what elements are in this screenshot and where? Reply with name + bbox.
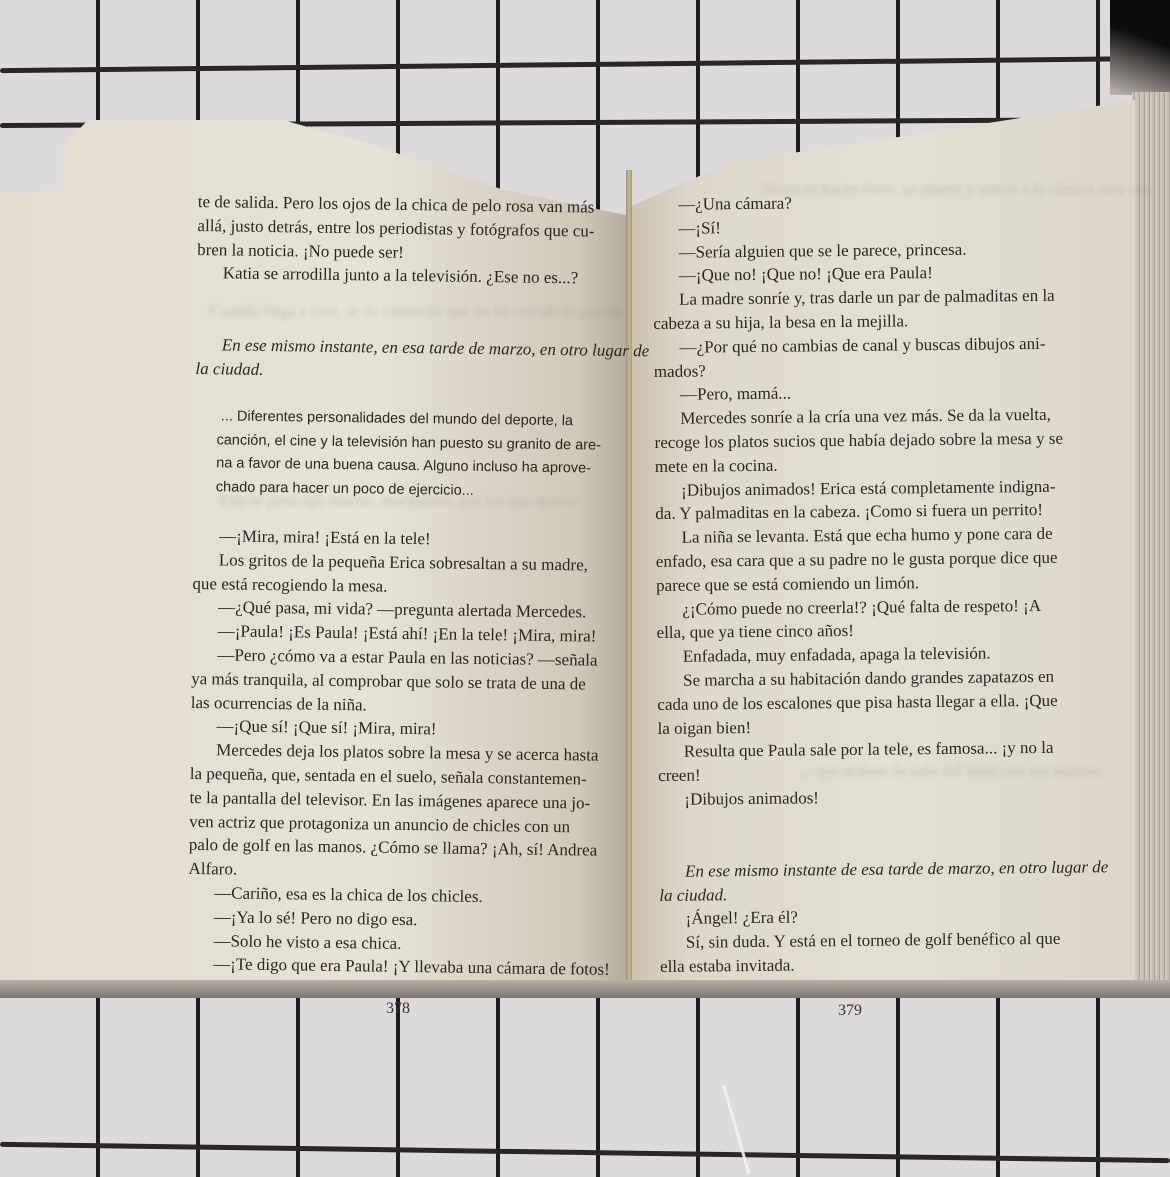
right-page-number: 379 <box>838 1002 862 1020</box>
text-line: cada uno de los escalones que pisa hasta… <box>657 688 1097 716</box>
book-gutter <box>626 170 632 990</box>
left-page-number: 378 <box>386 1000 410 1018</box>
text-line: La madre sonríe y, tras darle un par de … <box>653 284 1093 312</box>
text-line: Sí, sin duda. Y está en el torneo de gol… <box>660 926 1100 954</box>
scene-heading: En ese mismo instante de esa tarde de ma… <box>659 855 1099 883</box>
grid-line <box>0 56 1170 73</box>
page-block-bottom <box>0 980 1170 998</box>
dark-corner <box>1110 0 1170 95</box>
text-line: ¿¡Cómo puede no creerla!? ¡Qué falta de … <box>656 593 1096 621</box>
text-line: Resulta que Paula sale por la tele, es f… <box>658 736 1098 764</box>
text-line: recoge los platos sucios que había dejad… <box>654 426 1094 454</box>
text-line: —¿Por qué no cambias de canal y buscas d… <box>653 331 1093 359</box>
text-line: ella estaba invitada. <box>660 950 1100 978</box>
left-page-text: te de salida. Pero los ojos de la chica … <box>187 190 618 982</box>
right-page-text: —¿Una cámara? —¡Sí! —Sería alguien que s… <box>652 188 1100 978</box>
page-edges <box>1132 92 1170 997</box>
text-line: enfado, esa cara que a su padre no le gu… <box>656 545 1096 573</box>
grid-line <box>0 1142 1170 1163</box>
